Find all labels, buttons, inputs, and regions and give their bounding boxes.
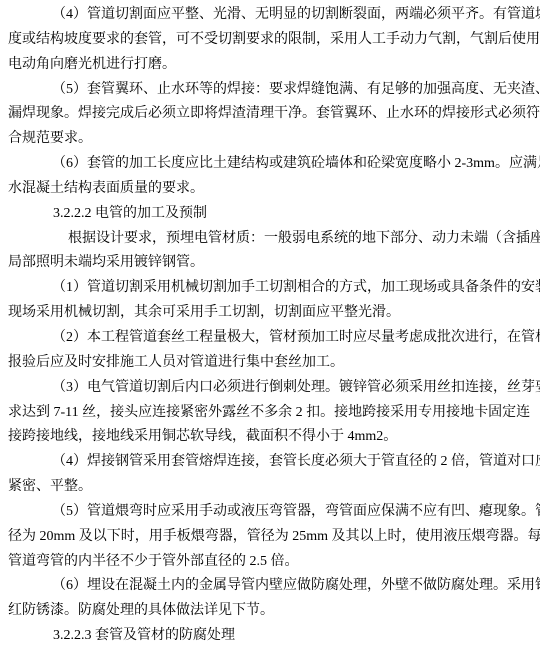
text-line: 合规范要求。 (8, 127, 540, 152)
text-line: （1）管道切割采用机械切割加手工切割相合的方式，加工现场或具备条件的安装 (8, 276, 540, 301)
text-line: 度或结构坡度要求的套管，可不受切割要求的限制，采用人工手动力气割，气割后使用 (8, 28, 540, 53)
text-line: （5）套管翼环、止水环等的焊接：要求焊缝饱满、有足够的加强高度、无夹渣、 (8, 78, 540, 103)
text-line: 水混凝土结构表面质量的要求。 (8, 177, 540, 202)
text-line: 求达到 7-11 丝，接头应连接紧密外露丝不多余 2 扣。接地跨接采用专用接地卡… (8, 401, 540, 426)
text-line: 局部照明未端均采用镀锌钢管。 (8, 251, 540, 276)
text-line: 径为 20mm 及以下时，用手板煨弯器，管径为 25mm 及其以上时，使用液压煨… (8, 525, 540, 550)
text-line: 管道弯管的内半径不少于管外部直径的 2.5 倍。 (8, 550, 540, 575)
text-line: （6）套管的加工长度应比土建结构或建筑砼墙体和砼梁宽度略小 2-3mm。应满足清 (8, 152, 540, 177)
text-line: 电动角向磨光机进行打磨。 (8, 53, 540, 78)
text-line: 报验后应及时安排施工人员对管道进行集中套丝加工。 (8, 351, 540, 376)
section-heading: 3.2.2.3 套管及管材的防腐处理 (8, 624, 540, 648)
text-line: 紧密、平整。 (8, 475, 540, 500)
text-line: 接跨接地线，接地线采用铜芯软导线，截面积不得小于 4mm2。 (8, 425, 540, 450)
text-line: 现场采用机械切割，其余可采用手工切割，切割面应平整光滑。 (8, 301, 540, 326)
text-line: 红防锈漆。防腐处理的具体做法详见下节。 (8, 599, 540, 624)
text-line: （2）本工程管道套丝工程量极大，管材预加工时应尽量考虑成批次进行，在管材 (8, 326, 540, 351)
section-heading: 3.2.2.2 电管的加工及预制 (8, 202, 540, 227)
text-line: 根据设计要求，预埋电管材质：一般弱电系统的地下部分、动力未端（含插座）、 (8, 227, 540, 252)
text-line: （6）埋设在混凝土内的金属导管内壁应做防腐处理，外壁不做防腐处理。采用铁 (8, 574, 540, 599)
text-line: 漏焊现象。焊接完成后必须立即将焊渣清理干净。套管翼环、止水环的焊接形式必须符 (8, 102, 540, 127)
document-page: （4）管道切割面应平整、光滑、无明显的切割断裂面，两端必须平齐。有管道坡度或结构… (0, 0, 544, 648)
text-line: （4）焊接钢管采用套管熔焊连接，套管长度必须大于管直径的 2 倍，管道对口应 (8, 450, 540, 475)
text-line: （3）电气管道切割后内口必须进行倒刺处理。镀锌管必须采用丝扣连接，丝芽要 (8, 376, 540, 401)
text-line: （4）管道切割面应平整、光滑、无明显的切割断裂面，两端必须平齐。有管道坡 (8, 3, 540, 28)
text-line: （5）管道煨弯时应采用手动或液压弯管器，弯管面应保满不应有凹、瘪现象。管 (8, 500, 540, 525)
